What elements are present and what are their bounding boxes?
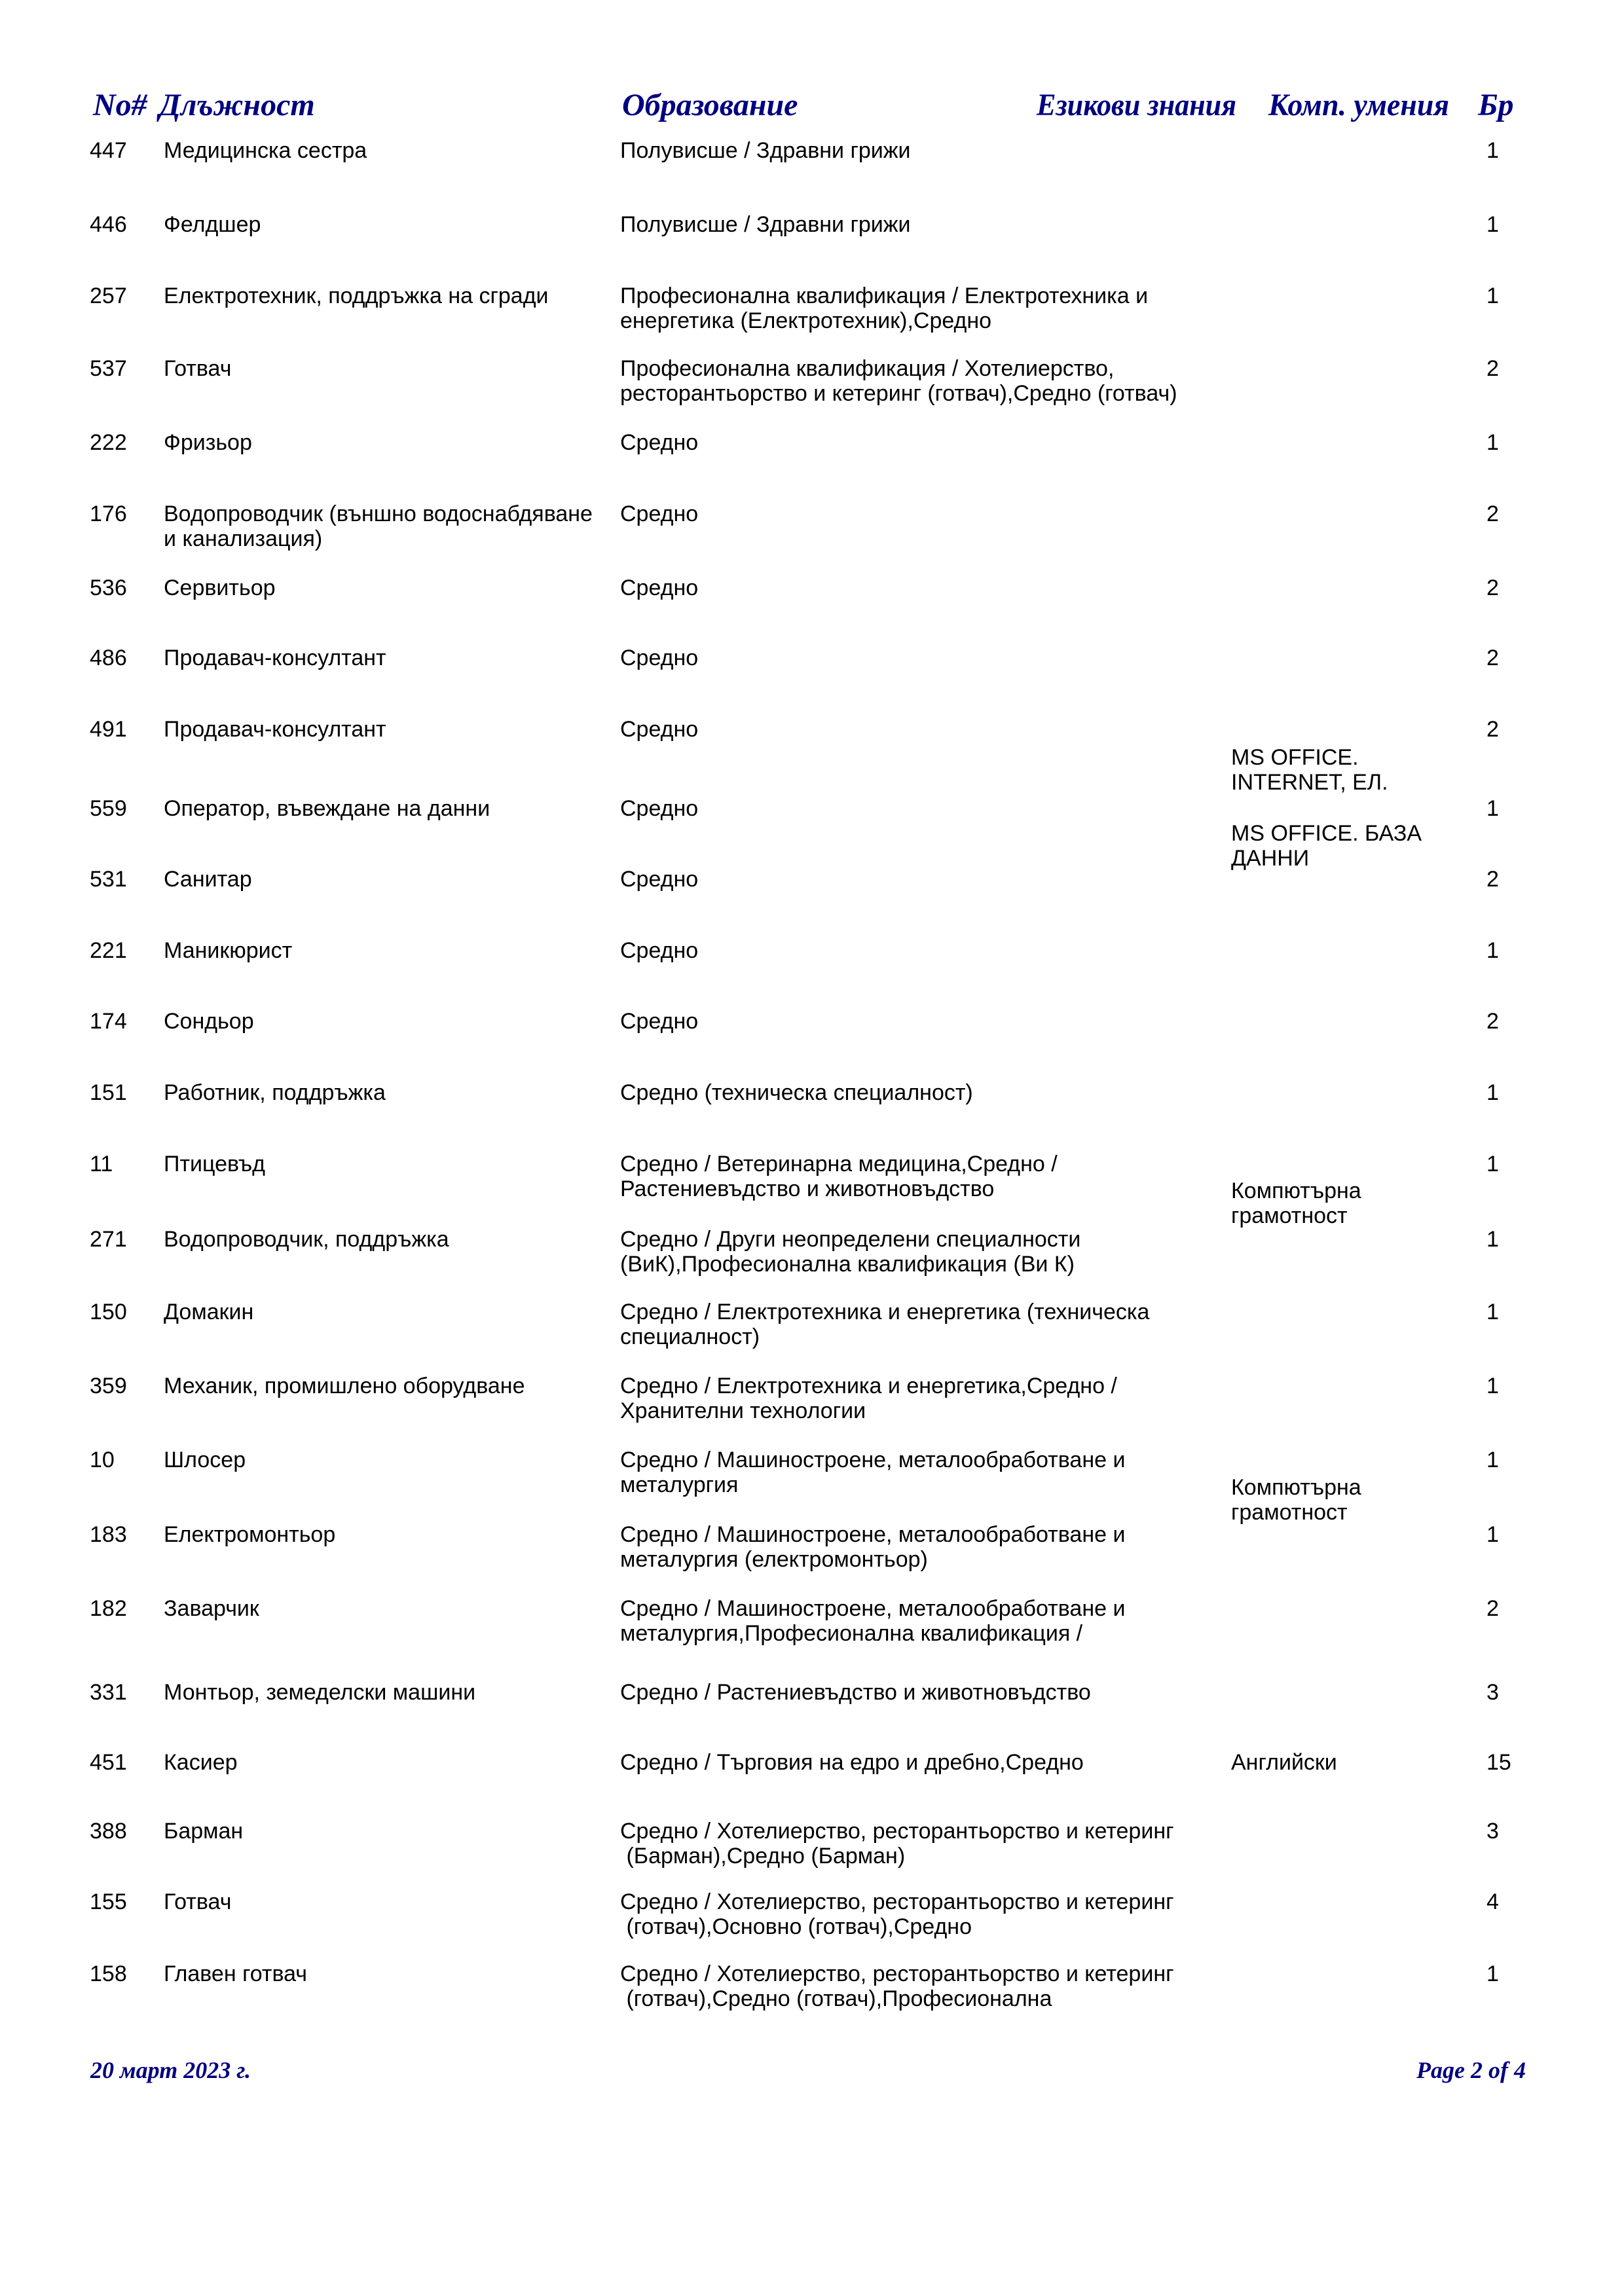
row-count: 1 (1486, 1080, 1499, 1105)
row-count: 1 (1486, 1374, 1499, 1398)
row-position: Барман (164, 1819, 243, 1844)
row-education: специалност) (620, 1324, 760, 1349)
row-education: Средно / Хотелиерство, ресторантьорство … (620, 1819, 1174, 1844)
row-number: 174 (90, 1009, 127, 1034)
row-position: Електромонтьор (164, 1522, 335, 1547)
row-education: Средно / Растениевъдство и животновъдств… (620, 1680, 1091, 1705)
row-count: 3 (1486, 1819, 1499, 1844)
row-number: 388 (90, 1819, 127, 1844)
column-header-computer-skills: Комп. умения (1268, 90, 1458, 121)
row-position: Заварчик (164, 1596, 259, 1621)
row-number: 446 (90, 212, 127, 237)
row-count: 2 (1486, 501, 1499, 526)
row-number: 151 (90, 1080, 127, 1105)
row-position: Електротехник, поддръжка на сгради (164, 283, 549, 308)
row-education: Средно / Търговия на едро и дребно,Средн… (620, 1750, 1084, 1775)
row-education: Растениевъдство и животновъдство (620, 1176, 994, 1201)
row-position: Продавач-консултант (164, 717, 386, 742)
row-number: 182 (90, 1596, 127, 1621)
row-number: 491 (90, 717, 127, 742)
row-education: (готвач),Средно (готвач),Професионална (620, 1986, 1052, 2011)
row-education: Средно (620, 646, 698, 670)
row-number: 10 (90, 1448, 115, 1472)
row-count: 1 (1486, 796, 1499, 821)
row-position: Водопроводчик (външно водоснабдяване (164, 501, 593, 526)
row-count: 2 (1486, 1596, 1499, 1621)
row-education: (ВиК),Професионална квалификация (Ви К) (620, 1252, 1075, 1277)
row-count: 2 (1486, 867, 1499, 892)
row-number: 537 (90, 356, 127, 381)
row-count: 1 (1486, 1522, 1499, 1547)
row-education: Средно (техническа специалност) (620, 1080, 973, 1105)
row-education: Полувисше / Здравни грижи (620, 138, 911, 163)
footer-date: 20 март 2023 г. (90, 2058, 251, 2082)
row-position: Маникюрист (164, 938, 292, 963)
row-position: Готвач (164, 1889, 231, 1914)
row-count: 2 (1486, 1009, 1499, 1034)
row-education: Средно / Електротехника и енергетика (те… (620, 1300, 1149, 1324)
row-count: 4 (1486, 1889, 1499, 1914)
row-number: 155 (90, 1889, 127, 1914)
footer-page-number: Page 2 of 4 (1416, 2058, 1526, 2082)
row-position: Фелдшер (164, 212, 261, 237)
column-header-number: No# (93, 90, 147, 121)
row-computer-skills: ДАННИ (1231, 846, 1309, 871)
row-count: 3 (1486, 1680, 1499, 1705)
row-number: 447 (90, 138, 127, 163)
row-education: Средно (620, 938, 698, 963)
row-position: Сондьор (164, 1009, 254, 1034)
row-count: 1 (1486, 1448, 1499, 1472)
row-education: металургия (електромонтьор) (620, 1547, 928, 1572)
row-education: Професионална квалификация / Хотелиерств… (620, 356, 1114, 381)
row-number: 221 (90, 938, 127, 963)
row-position: Монтьор, земеделски машини (164, 1680, 475, 1705)
row-number: 359 (90, 1374, 127, 1398)
row-education: (готвач),Основно (готвач),Средно (620, 1914, 972, 1939)
row-count: 2 (1486, 575, 1499, 600)
row-education: Средно / Хотелиерство, ресторантьорство … (620, 1889, 1174, 1914)
row-education: (Барман),Средно (Барман) (620, 1844, 905, 1868)
row-position: и канализация) (164, 526, 322, 551)
row-count: 1 (1486, 212, 1499, 237)
row-count: 1 (1486, 938, 1499, 963)
row-education: Полувисше / Здравни грижи (620, 212, 911, 237)
row-count: 1 (1486, 283, 1499, 308)
row-position: Домакин (164, 1300, 253, 1324)
row-computer-skills: MS OFFICE. (1231, 745, 1359, 770)
row-education: металургия (620, 1472, 738, 1497)
row-computer-skills: MS OFFICE. БАЗА (1231, 821, 1422, 846)
row-position: Оператор, въвеждане на данни (164, 796, 490, 821)
row-position: Главен готвач (164, 1961, 307, 1986)
row-education: металургия,Професионална квалификация / (620, 1621, 1082, 1646)
row-position: Продавач-консултант (164, 646, 386, 670)
row-number: 222 (90, 430, 127, 455)
row-computer-skills: Компютърна (1231, 1178, 1361, 1203)
row-position: Шлосер (164, 1448, 246, 1472)
row-count: 1 (1486, 1961, 1499, 1986)
row-count: 2 (1486, 717, 1499, 742)
row-position: Готвач (164, 356, 231, 381)
row-number: 257 (90, 283, 127, 308)
row-number: 331 (90, 1680, 127, 1705)
row-education: Средно / Електротехника и енергетика,Сре… (620, 1374, 1117, 1398)
row-position: Работник, поддръжка (164, 1080, 386, 1105)
row-education: ресторантьорство и кетеринг (готвач),Сре… (620, 381, 1177, 406)
row-position: Механик, промишлено оборудване (164, 1374, 525, 1398)
row-education: Хранителни технологии (620, 1398, 866, 1423)
row-position: Водопроводчик, поддръжка (164, 1227, 449, 1252)
row-number: 486 (90, 646, 127, 670)
row-computer-skills: грамотност (1231, 1500, 1348, 1525)
row-number: 271 (90, 1227, 127, 1252)
row-count: 15 (1486, 1750, 1511, 1775)
row-education: Средно / Хотелиерство, ресторантьорство … (620, 1961, 1174, 1986)
row-education: Средно / Машиностроене, металообработван… (620, 1448, 1125, 1472)
row-count: 1 (1486, 1227, 1499, 1252)
row-number: 11 (90, 1152, 113, 1176)
row-number: 559 (90, 796, 127, 821)
row-position: Медицинска сестра (164, 138, 367, 163)
row-education: енергетика (Електротехник),Средно (620, 308, 991, 333)
row-education: Средно (620, 717, 698, 742)
row-position: Фризьор (164, 430, 252, 455)
row-position: Птицевъд (164, 1152, 265, 1176)
row-education: Средно (620, 796, 698, 821)
row-count: 1 (1486, 1300, 1499, 1324)
row-education: Средно (620, 1009, 698, 1034)
row-computer-skills: грамотност (1231, 1203, 1348, 1228)
row-number: 531 (90, 867, 127, 892)
row-education: Средно (620, 501, 698, 526)
row-education: Средно / Ветеринарна медицина,Средно / (620, 1152, 1058, 1176)
row-education: Средно (620, 430, 698, 455)
row-position: Санитар (164, 867, 252, 892)
row-number: 158 (90, 1961, 127, 1986)
row-education: Средно / Машиностроене, металообработван… (620, 1522, 1125, 1547)
row-education: Професионална квалификация / Електротехн… (620, 283, 1148, 308)
row-count: 1 (1486, 138, 1499, 163)
row-position: Сервитьор (164, 575, 276, 600)
column-header-education: Образование (622, 90, 798, 121)
row-number: 176 (90, 501, 127, 526)
column-header-count: Бр (1478, 90, 1514, 121)
row-languages: Английски (1231, 1750, 1337, 1775)
row-education: Средно / Машиностроене, металообработван… (620, 1596, 1125, 1621)
row-computer-skills: Компютърна (1231, 1475, 1361, 1500)
row-education: Средно (620, 575, 698, 600)
row-number: 536 (90, 575, 127, 600)
row-count: 1 (1486, 1152, 1499, 1176)
row-count: 2 (1486, 356, 1499, 381)
column-header-languages: Езикови знания (1037, 90, 1254, 121)
row-number: 451 (90, 1750, 127, 1775)
row-position: Касиер (164, 1750, 238, 1775)
column-header-position: Длъжност (159, 90, 315, 121)
row-education: Средно / Други неопределени специалности (620, 1227, 1080, 1252)
row-number: 150 (90, 1300, 127, 1324)
document-page: No# Длъжност Образование Езикови знания … (0, 0, 1624, 2296)
row-number: 183 (90, 1522, 127, 1547)
row-education: Средно (620, 867, 698, 892)
row-count: 2 (1486, 646, 1499, 670)
row-count: 1 (1486, 430, 1499, 455)
row-computer-skills: INTERNET, ЕЛ. (1231, 770, 1388, 795)
